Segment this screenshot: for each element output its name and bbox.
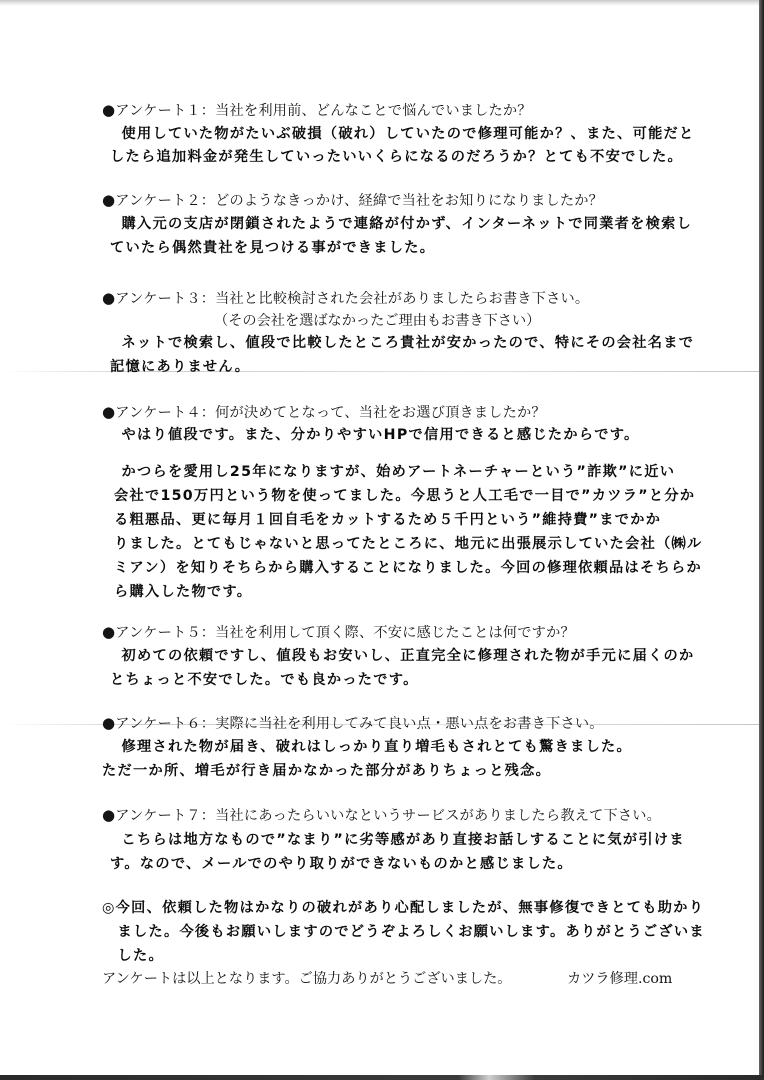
survey-question-5: ●アンケート５：当社を利用して頂く際、不安に感じたことは何ですか？: [102, 622, 575, 642]
survey-answer-5-line-2: とちょっと不安でした。でも良かったです。: [110, 669, 419, 689]
survey-question-7: ●アンケート７：当社にあったらいいなというサービスがありましたら教えて下さい。: [102, 805, 661, 825]
closing-line-3: した。: [102, 945, 164, 965]
survey-question-6: ●アンケート６：実際に当社を利用してみて良い点・悪い点をお書き下さい。: [102, 713, 604, 733]
footer-thanks: アンケートは以上となります。ご協力ありがとうございました。: [102, 968, 511, 988]
survey-answer-4-extra-line-2: 会社で150万円という物を使ってました。今思うと人工毛で一目で”カツラ”と分か: [114, 485, 695, 505]
bullet-icon: ●: [102, 806, 115, 824]
survey-answer-6-line-2: ただ一か所、増毛が行き届かなかった部分がありちょっと残念。: [102, 760, 551, 780]
survey-answer-4-extra-line-5: ミアン）を知りそちらから購入することになりました。今回の修理依頼品はそちらか: [114, 557, 702, 577]
survey-answer-1-line-2: したら追加料金が発生していったいいくらになるのだろうか？とても不安でした。: [110, 146, 683, 166]
survey-answer-2-line-2: ていたら偶然貴社を見つける事ができました。: [110, 237, 435, 257]
survey-answer-4-extra-line-3: る粗悪品、更に毎月１回自毛をカットするため５千円という”維持費”までかか: [114, 509, 661, 529]
survey-answer-7-line-2: す。なので、メールでのやり取りができないものかと感じました。: [110, 853, 573, 873]
scan-bottom-edge: [0, 1075, 764, 1080]
survey-question-3-subtext: （その会社を選ばなかったご理由もお書き下さい）: [214, 310, 540, 330]
scan-right-edge: [759, 0, 764, 1080]
survey-answer-3-line-2: 記憶にありません。: [110, 356, 250, 376]
survey-answer-6-line-1: 修理された物が届き、破れはしっかり直り増毛もされとても驚きました。: [106, 736, 632, 756]
survey-answer-2-line-1: 購入元の支店が閉鎖されたようで連絡が付かず、インターネットで同業者を検索し: [106, 213, 692, 233]
question-text: アンケート３：当社と比較検討された会社がありましたらお書き下さい。: [115, 291, 589, 307]
survey-answer-5-line-1: 初めての依頼ですし、値段もお安いし、正直完全に修理された物が手元に届くのか: [106, 645, 695, 665]
survey-answer-4-extra-line-6: ら購入した物です。: [114, 581, 252, 601]
survey-answer-7-line-1: こちらは地方なもので”なまり”に劣等感があり直接お話しすることに気が引けま: [106, 829, 685, 849]
scan-top-edge: [0, 0, 764, 6]
bullet-icon: ●: [102, 714, 115, 732]
survey-answer-1-line-1: 使用していた物がたいぶ破損（破れ）していたので修理可能か？、また、可能だと: [106, 123, 695, 143]
survey-answer-3-line-1: ネットで検索し、値段で比較したところ貴社が安かったので、特にその会社名まで: [106, 332, 694, 352]
question-text: アンケート４：何が決めてとなって、当社をお選び頂きましたか？: [115, 405, 546, 421]
bullet-icon: ●: [102, 289, 115, 307]
closing-line-2: ました。今後もお願いしますのでどうぞよろしくお願いします。ありがとうございま: [102, 921, 705, 941]
bullet-icon: ●: [102, 101, 115, 119]
survey-answer-4-extra-line-4: りました。とてもじゃないと思ってたところに、地元に出張展示していた会社（㈱ル: [114, 533, 703, 553]
bullet-icon: ●: [102, 403, 115, 421]
survey-question-1: ●アンケート１：当社を利用前、どんなことで悩んでいましたか？: [102, 100, 532, 120]
question-text: アンケート１：当社を利用前、どんなことで悩んでいましたか？: [115, 103, 531, 119]
survey-question-2: ●アンケート２：どのようなきっかけ、経緯で当社をお知りになりましたか？: [102, 190, 603, 210]
survey-question-3: ●アンケート３：当社と比較検討された会社がありましたらお書き下さい。: [102, 288, 589, 308]
bullet-icon: ●: [102, 623, 115, 641]
question-text: アンケート５：当社を利用して頂く際、不安に感じたことは何ですか？: [115, 625, 575, 641]
question-text: アンケート７：当社にあったらいいなというサービスがありましたら教えて下さい。: [115, 808, 661, 824]
survey-question-4: ●アンケート４：何が決めてとなって、当社をお選び頂きましたか？: [102, 402, 546, 422]
closing-line-1: ◎今回、依頼した物はかなりの破れがあり心配しましたが、無事修復できとても助かり: [102, 897, 704, 917]
survey-answer-4-extra-line-1: かつらを愛用し25年になりますが、始めアートネーチャーという”詐欺”に近い: [106, 461, 675, 481]
survey-answer-4-line-1: やはり値段です。また、分かりやすいHPで信用できると感じたからです。: [106, 424, 640, 444]
bullet-icon: ●: [102, 191, 115, 209]
question-text: アンケート２：どのようなきっかけ、経緯で当社をお知りになりましたか？: [115, 193, 603, 209]
footer-company-name: カツラ修理.com: [567, 968, 672, 988]
question-text: アンケート６：実際に当社を利用してみて良い点・悪い点をお書き下さい。: [115, 716, 603, 732]
